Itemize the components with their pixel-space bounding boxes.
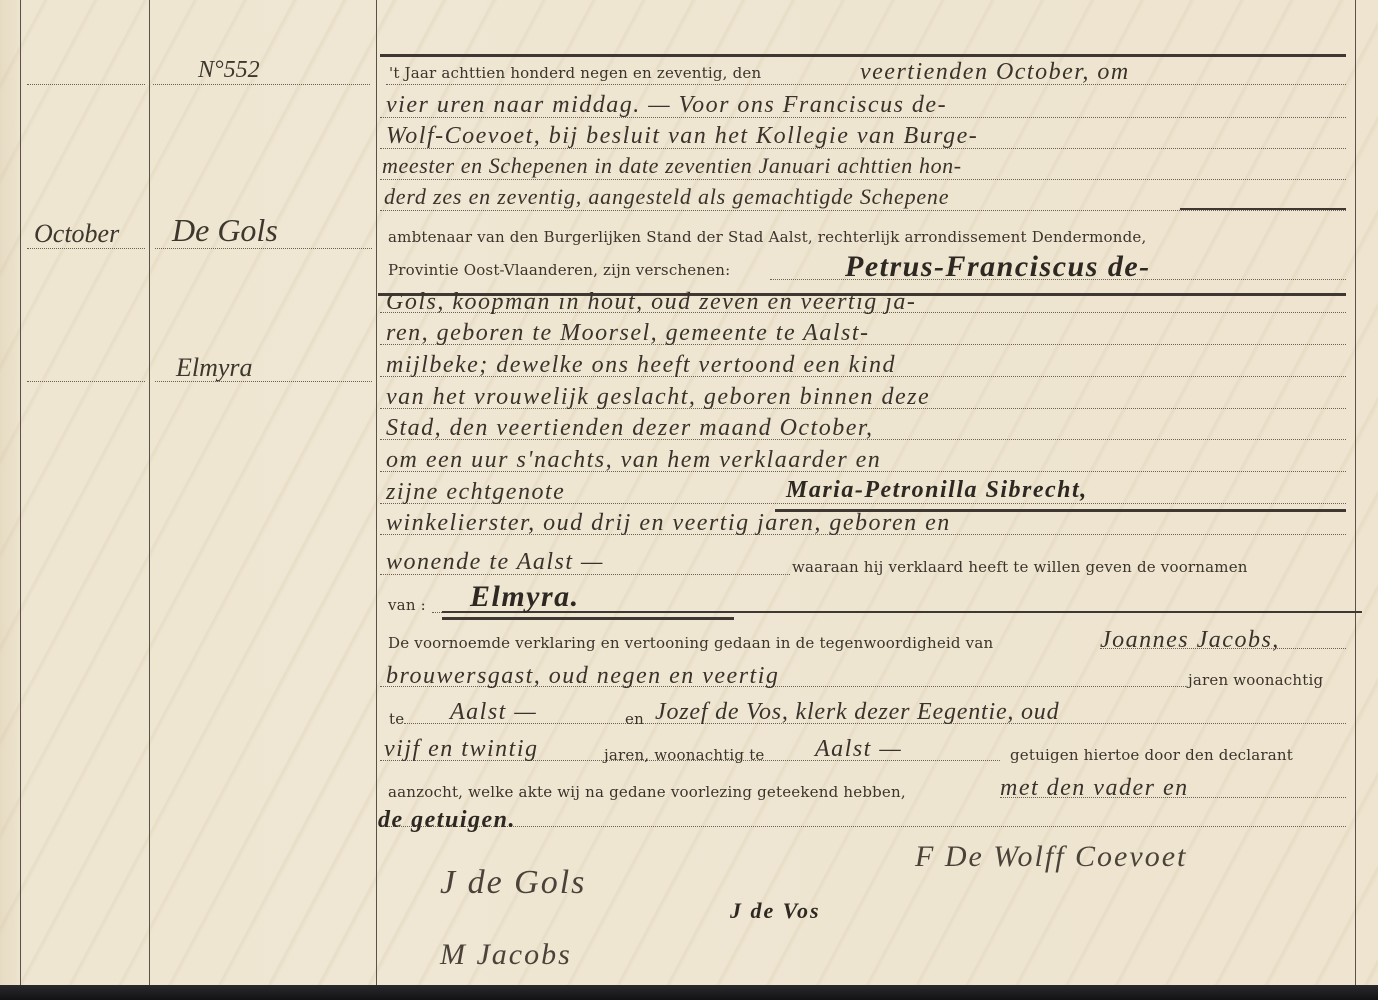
handwritten-text: ren, geboren te Moorsel, gemeente te Aal…	[386, 321, 870, 345]
handwritten-text: de getuigen.	[378, 808, 516, 832]
given-name-underline-bold	[442, 617, 734, 620]
handwritten-text: Gols, koopman in hout, oud zeven en veer…	[386, 290, 916, 314]
given-name-label: Elmyra	[176, 355, 253, 381]
column-rule-2	[376, 0, 377, 985]
printed-text: getuigen hiertoe door den declarant	[1010, 748, 1293, 763]
handwritten-text: met den vader en	[1000, 776, 1189, 800]
printed-text: van :	[388, 598, 426, 613]
row-dots	[27, 84, 145, 85]
witness-1-name: Joannes Jacobs,	[1100, 628, 1280, 652]
printed-text: Provintie Oost-Vlaanderen, zijn verschen…	[388, 263, 730, 278]
printed-text: jaren woonachtig	[1188, 673, 1323, 688]
printed-text: ambtenaar van den Burgerlijken Stand der…	[388, 230, 1146, 245]
handwritten-text: om een uur s'nachts, van hem verklaarder…	[386, 448, 881, 472]
witness-2-name: Jozef de Vos, klerk dezer Eegentie, oud	[655, 700, 1059, 724]
printed-text: te	[389, 712, 404, 727]
handwritten-text: vier uren naar middag. — Voor ons Franci…	[386, 93, 947, 117]
handwritten-text: vijf en twintig	[384, 737, 539, 761]
entry-top-rule	[380, 54, 1346, 57]
row-dots	[27, 381, 145, 382]
handwritten-text: zijne echtgenote	[386, 480, 565, 504]
row-dots	[153, 84, 370, 85]
scan-edge	[0, 985, 1378, 1000]
printed-text: 't Jaar achttien honderd negen en zevent…	[389, 66, 761, 81]
handwritten-text: derd zes en zeventig, aangesteld als gem…	[384, 186, 949, 208]
handwritten-text: brouwersgast, oud negen en veertig	[386, 664, 779, 688]
mother-name: Maria-Petronilla Sibrecht,	[786, 478, 1088, 502]
row-dots	[27, 248, 145, 249]
signature-witness-1: M Jacobs	[440, 940, 572, 970]
line-dots	[380, 210, 1346, 211]
line-dots	[380, 179, 1346, 180]
margin-rule	[20, 0, 21, 985]
handwritten-text: Aalst —	[815, 737, 902, 761]
signature-father: J de Gols	[440, 866, 586, 900]
handwritten-text: Aalst —	[450, 700, 537, 724]
right-border-rule	[1355, 0, 1356, 985]
line-rule	[1180, 208, 1346, 210]
signature-witness-2: J de Vos	[730, 900, 821, 922]
surname-label: De Gols	[172, 214, 278, 246]
child-given-name: Elmyra.	[470, 582, 580, 612]
column-rule-1	[149, 0, 150, 985]
handwritten-text: Wolf-Coevoet, bij besluit van het Kolleg…	[386, 124, 978, 148]
line-dots	[380, 826, 1346, 827]
father-name: Petrus-Franciscus de-	[845, 252, 1151, 282]
given-name-underline	[442, 611, 1362, 613]
printed-text: De voornoemde verklaring en vertooning g…	[388, 636, 993, 651]
row-dots	[155, 248, 372, 249]
printed-text: aanzocht, welke akte wij na gedane voorl…	[388, 785, 906, 800]
handwritten-text: wonende te Aalst —	[386, 550, 604, 574]
handwritten-text: veertienden October, om	[860, 60, 1130, 84]
printed-text: jaren, woonachtig te	[604, 748, 765, 763]
handwritten-text: winkelierster, oud drij en veertig jaren…	[386, 511, 951, 535]
printed-text: waaraan hij verklaard heeft te willen ge…	[792, 560, 1248, 575]
handwritten-text: mijlbeke; dewelke ons heeft vertoond een…	[386, 353, 896, 377]
handwritten-text: meester en Schepenen in date zeventien J…	[382, 155, 962, 177]
act-number: N°552	[198, 58, 260, 82]
handwritten-text: van het vrouwelijk geslacht, geboren bin…	[386, 385, 930, 409]
month-label: October	[34, 221, 119, 247]
handwritten-text: Stad, den veertienden dezer maand Octobe…	[386, 416, 874, 440]
printed-text: en	[625, 712, 644, 727]
signature-officer: F De Wolff Coevoet	[915, 842, 1187, 872]
